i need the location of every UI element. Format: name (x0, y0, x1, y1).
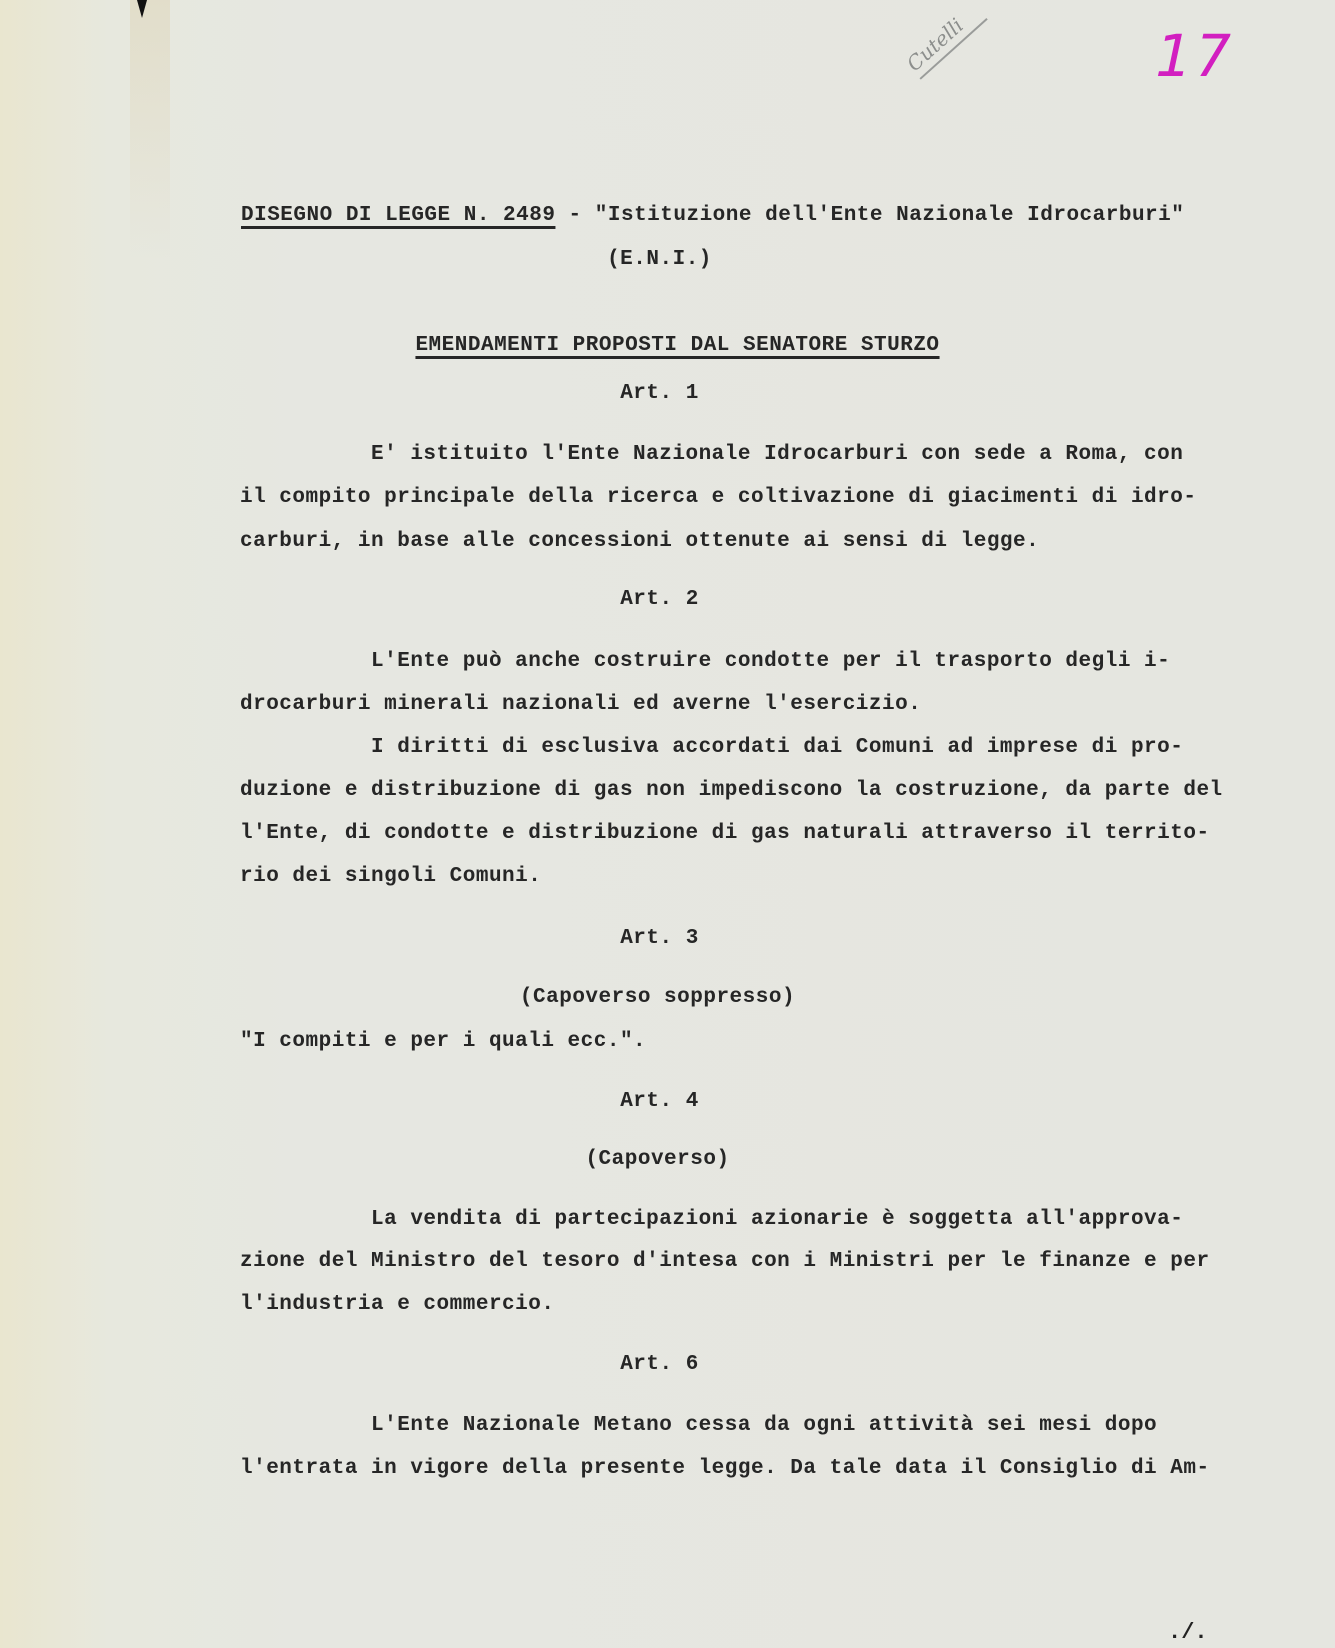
bill-title: "Istituzione dell'Ente Nazionale Idrocar… (595, 204, 1185, 227)
document-header-line: DISEGNO DI LEGGE N. 2489 - "Istituzione … (241, 204, 1184, 227)
article-line: il compito principale della ricerca e co… (240, 486, 1196, 509)
bill-acronym: (E.N.I.) (0, 248, 1327, 271)
document-subtitle: EMENDAMENTI PROPOSTI DAL SENATORE STURZO (10, 334, 1335, 357)
article-line: l'Ente, di condotte e distribuzione di g… (240, 822, 1210, 845)
article-note: (Capoverso) (0, 1148, 1325, 1171)
article-line: "I compiti e per i quali ecc.". (240, 1030, 646, 1053)
bill-reference: DISEGNO DI LEGGE N. 2489 (241, 204, 555, 227)
paper-stain (130, 0, 170, 260)
article-line: zione del Ministro del tesoro d'intesa c… (240, 1250, 1210, 1273)
article-line: drocarburi minerali nazionali ed averne … (240, 693, 921, 716)
article-heading: Art. 2 (0, 588, 1327, 611)
article-heading: Art. 3 (0, 927, 1327, 950)
article-line: La vendita di partecipazioni azionarie è… (240, 1208, 1183, 1231)
article-line: l'industria e commercio. (240, 1293, 554, 1316)
article-line: l'entrata in vigore della presente legge… (240, 1457, 1210, 1480)
article-heading: Art. 6 (0, 1353, 1327, 1376)
article-line: carburi, in base alle concessioni ottenu… (240, 530, 1039, 553)
article-line: duzione e distribuzione di gas non imped… (240, 779, 1223, 802)
article-heading: Art. 1 (0, 382, 1327, 405)
article-line: I diritti di esclusiva accordati dai Com… (240, 736, 1183, 759)
document-page: Cutelli 17 DISEGNO DI LEGGE N. 2489 - "I… (0, 0, 1335, 1648)
article-line: rio dei singoli Comuni. (240, 865, 541, 888)
page-number-annotation: 17 (1148, 22, 1240, 90)
article-line: E' istituito l'Ente Nazionale Idrocarbur… (240, 443, 1183, 466)
article-note: (Capoverso soppresso) (0, 986, 1325, 1009)
article-line: L'Ente può anche costruire condotte per … (240, 650, 1170, 673)
article-line: L'Ente Nazionale Metano cessa da ogni at… (240, 1414, 1157, 1437)
article-heading: Art. 4 (0, 1090, 1327, 1113)
continuation-mark: ./. (1168, 1620, 1208, 1645)
clip-mark (137, 0, 147, 18)
header-dash: - (555, 204, 594, 227)
